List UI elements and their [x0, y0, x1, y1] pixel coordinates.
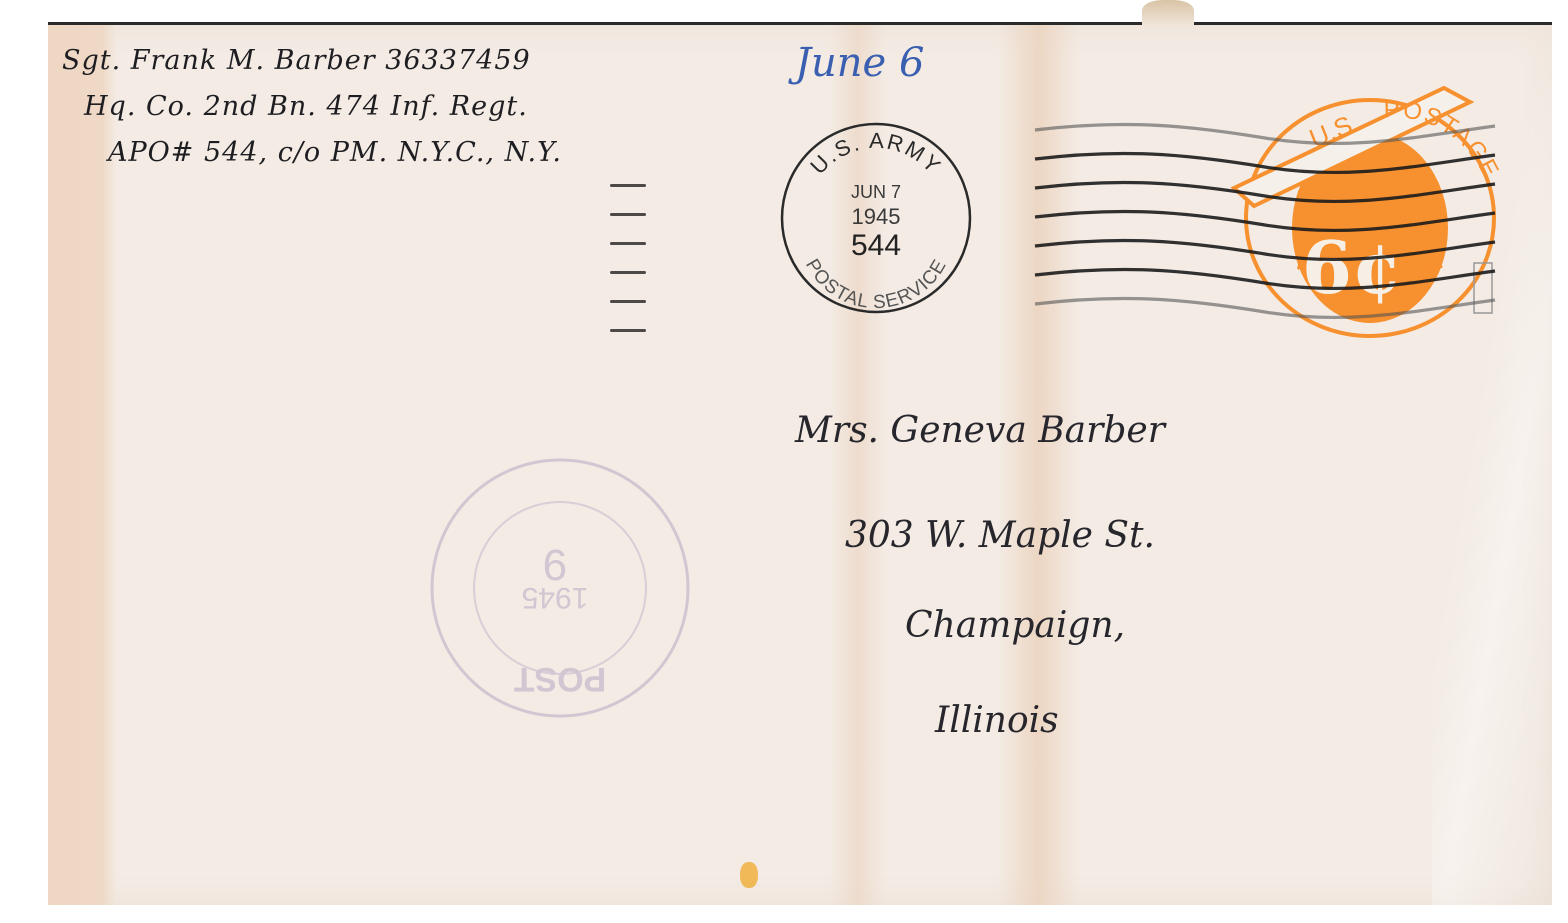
wavy-cancellation	[1030, 118, 1500, 318]
svg-text:POSTAL SERVICE: POSTAL SERVICE	[801, 256, 951, 314]
backstamp-text: POST	[513, 660, 606, 698]
return-address: Sgt. Frank M. Barber 36337459 Hq. Co. 2n…	[62, 38, 562, 176]
return-line: Sgt. Frank M. Barber 36337459	[62, 38, 562, 84]
recipient-state: Illinois	[935, 700, 1059, 741]
cancel-dashes	[610, 184, 646, 358]
paper-tab	[1142, 0, 1194, 26]
recipient-name: Mrs. Geneva Barber	[795, 410, 1165, 451]
svg-text:U.S. ARMY: U.S. ARMY	[805, 128, 946, 179]
postmark-apo: 544	[851, 229, 901, 262]
recipient-street: 303 W. Maple St.	[845, 515, 1155, 556]
postmark-date: JUN 7	[851, 182, 901, 202]
army-postmark: U.S. ARMY POSTAL SERVICE JUN 7 1945 544	[778, 120, 974, 316]
backstamp-day: 9	[543, 540, 567, 589]
backstamp: POST 1945 9	[425, 478, 695, 698]
stain-spot	[740, 862, 758, 888]
postmark-year: 1945	[852, 204, 901, 229]
return-line: Hq. Co. 2nd Bn. 474 Inf. Regt.	[84, 84, 562, 130]
postmark-bottom-text: POSTAL SERVICE	[801, 256, 951, 314]
return-line: APO# 544, c/o PM. N.Y.C., N.Y.	[108, 130, 562, 176]
handwritten-date-note: June 6	[795, 40, 924, 86]
postmark-top-text: U.S. ARMY	[805, 128, 946, 179]
recipient-city: Champaign,	[905, 605, 1125, 646]
